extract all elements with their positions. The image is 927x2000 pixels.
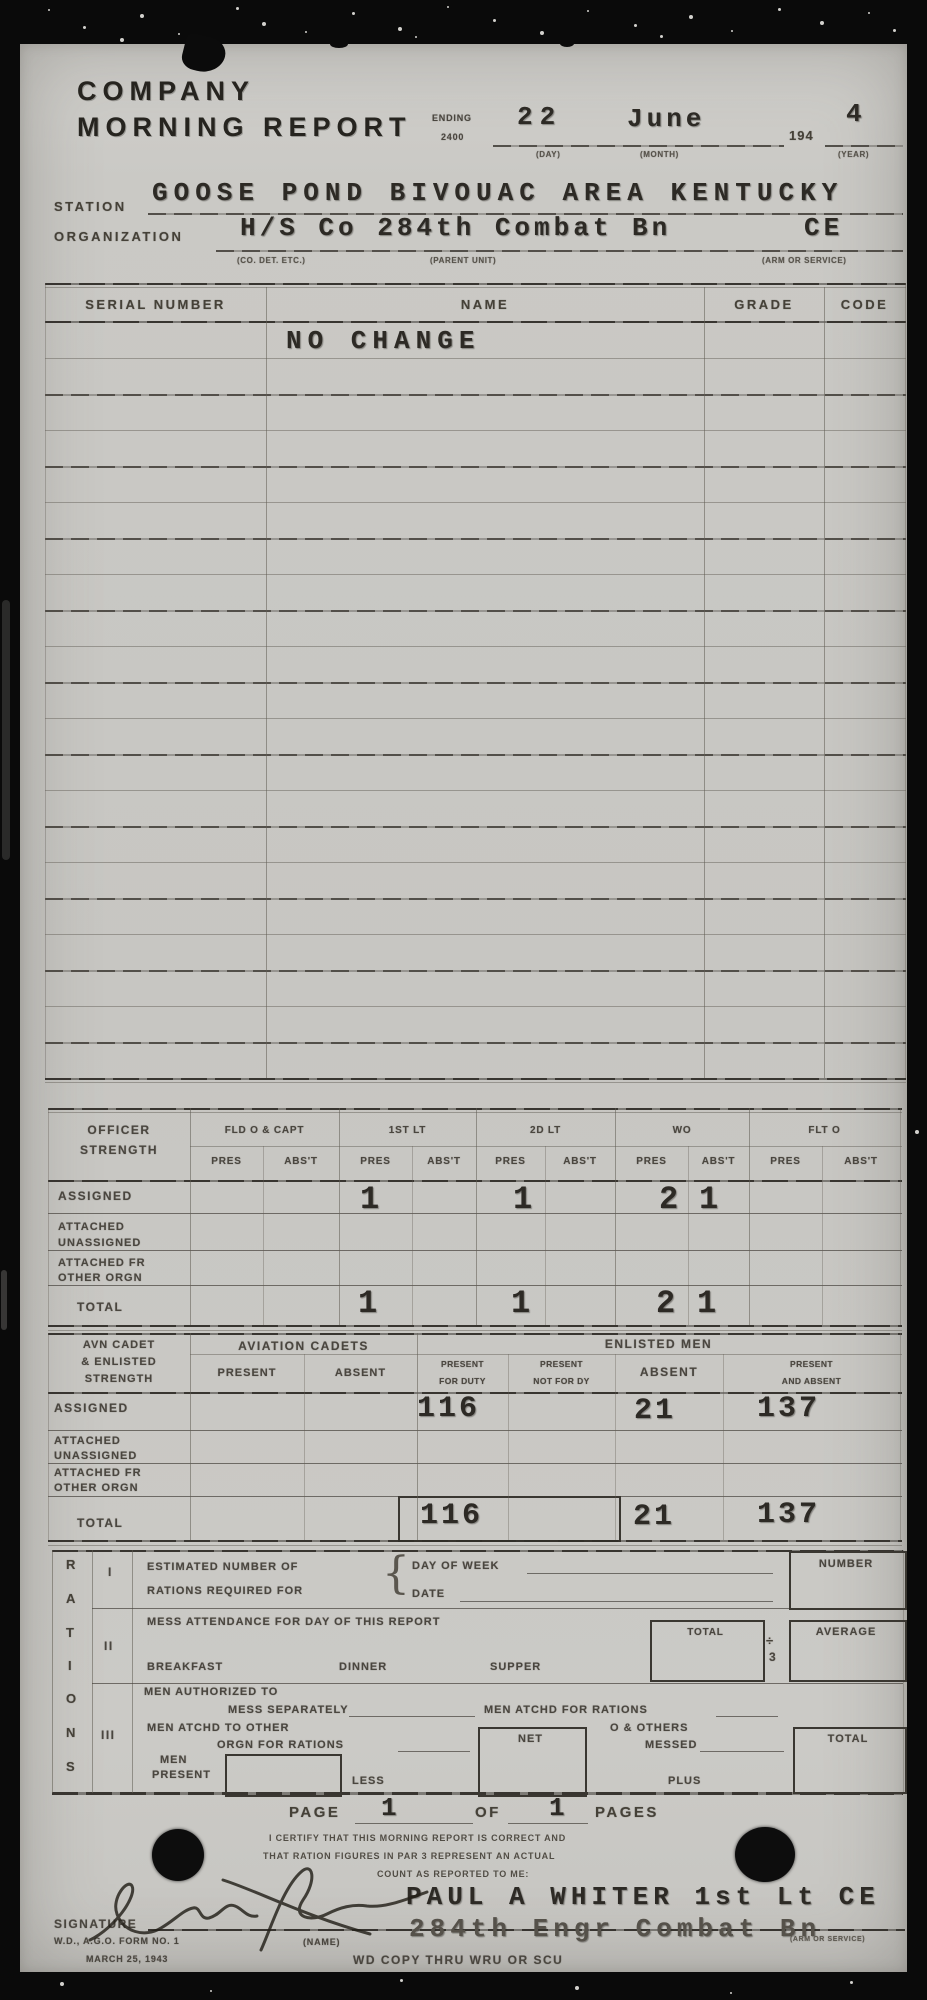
roster-rule-line: [45, 790, 906, 791]
of-label: OF: [475, 1805, 501, 1820]
scan-noise-speck: [915, 1130, 919, 1134]
officer-group-fldo: FLD O & CAPT: [190, 1126, 339, 1136]
enlisted-subdivider: [723, 1354, 724, 1540]
roster-rule-line: [45, 574, 906, 575]
scan-noise-speck: [60, 1982, 64, 1986]
rations-total-label-ii: TOTAL: [650, 1628, 761, 1638]
officer-sub-abst: ABS'T: [688, 1157, 749, 1167]
scan-noise-speck: [893, 29, 896, 32]
rations-breakfast-label: BREAKFAST: [147, 1662, 223, 1673]
pages-label: PAGES: [595, 1805, 659, 1820]
scan-noise-speck: [83, 26, 86, 29]
roster-rule-line: [45, 430, 906, 431]
officer-top-rule2: [48, 1112, 902, 1113]
scan-noise-speck: [540, 31, 544, 35]
officer-assigned-2dlt-pres: 1: [513, 1184, 532, 1216]
officer-subdivider: [412, 1146, 413, 1325]
enlisted-bottom-rule: [48, 1540, 902, 1542]
officer-divider: [190, 1108, 191, 1325]
officer-assigned-wo-pres: 2: [659, 1184, 678, 1216]
page-rule: [355, 1823, 473, 1824]
officer-row-attached-fr: ATTACHED FR: [58, 1258, 146, 1269]
enlisted-row-attached-unassigned2: UNASSIGNED: [54, 1451, 137, 1462]
certify-line1: I CERTIFY THAT THIS MORNING REPORT IS CO…: [269, 1834, 566, 1843]
officer-subdivider: [545, 1146, 546, 1325]
officer-row-attached-unassigned: ATTACHED: [58, 1222, 125, 1233]
enlisted-row-attached-fr: ATTACHED FR: [54, 1468, 142, 1479]
form-title-line1: COMPANY: [77, 78, 255, 105]
roster-header-rule: [45, 321, 906, 323]
rations-men-authorized-label: MEN AUTHORIZED TO: [144, 1687, 278, 1698]
rations-men-atchd-rations-label: MEN ATCHD FOR RATIONS: [484, 1705, 648, 1716]
rations-top-rule: [52, 1550, 903, 1552]
enlisted-top-rule: [48, 1333, 902, 1335]
officer-top-rule: [48, 1108, 902, 1110]
officer-sub-abst: ABS'T: [545, 1157, 615, 1167]
scan-noise-speck: [178, 33, 180, 35]
roster-rule-line: [45, 862, 906, 863]
rations-plus-label: PLUS: [668, 1776, 701, 1787]
officer-label-2: STRENGTH: [48, 1144, 190, 1156]
enlisted-col-pfd-1: PRESENT: [417, 1360, 508, 1369]
enlisted-group-rule: [190, 1354, 902, 1355]
enlisted-assigned-pa: 137: [757, 1394, 820, 1424]
rations-vertical-i: I: [68, 1659, 74, 1672]
roster-rule-line: [45, 502, 906, 503]
grade-caption: (ARM OR SERVICE): [790, 1936, 865, 1943]
enlisted-label-1: AVN CADET: [48, 1340, 190, 1351]
page-label: PAGE: [289, 1805, 340, 1820]
organization-rule: [216, 250, 903, 252]
officer-divider: [476, 1108, 477, 1325]
station-label: STATION: [54, 200, 127, 213]
roster-rule-line: [45, 538, 906, 540]
enlisted-col-pa-1: PRESENT: [723, 1360, 900, 1369]
enlisted-row-attached-fr2: OTHER ORGN: [54, 1483, 139, 1494]
scan-noise-speck: [400, 1979, 403, 1982]
roster-rule-line: [45, 646, 906, 647]
rations-men-atchd-other-label: MEN ATCHD TO OTHER: [147, 1723, 289, 1734]
rations-less-label: LESS: [352, 1776, 385, 1787]
co-det-caption: (CO. DET. ETC.): [237, 257, 306, 265]
roster-rule-line: [45, 610, 906, 612]
rations-dinner-label: DINNER: [339, 1662, 387, 1673]
rations-blank-rule: [349, 1716, 475, 1717]
officer-total-wo-pres: 2: [656, 1288, 675, 1320]
day-value: 22: [517, 104, 562, 130]
scan-noise-speck: [305, 31, 307, 33]
roster-border: [905, 283, 906, 1078]
rations-blank-rule: [700, 1751, 784, 1752]
rations-men-label: MEN: [160, 1755, 187, 1766]
roster-rule-line: [45, 1006, 906, 1007]
roster-col-grade: GRADE: [704, 298, 824, 311]
rations-row2-num: II: [104, 1640, 114, 1652]
enlisted-col-pnfd-2: NOT FOR DY: [508, 1377, 615, 1386]
enlisted-total-absent: 21: [633, 1502, 675, 1532]
roster-bottom-rule: [45, 1078, 906, 1080]
enlisted-divider: [190, 1333, 191, 1540]
rations-blank-rule: [716, 1716, 778, 1717]
roster-divider: [704, 287, 705, 1078]
scan-noise-speck: [398, 27, 402, 31]
enlisted-subdivider: [615, 1354, 616, 1540]
enlisted-label-3: STRENGTH: [48, 1374, 190, 1385]
roster-top-rule: [45, 283, 906, 285]
ending-time-label: 2400: [441, 133, 464, 142]
roster-entry-no-change: NO CHANGE: [286, 328, 480, 354]
form-title-line2: MORNING REPORT: [77, 114, 412, 141]
year-printed: 194: [789, 129, 814, 142]
pages-rule: [508, 1823, 588, 1824]
rations-vertical-s: S: [66, 1760, 77, 1773]
rations-net-label: NET: [478, 1734, 583, 1745]
officer-sub-abst: ABS'T: [822, 1157, 900, 1167]
scan-noise-speck: [120, 38, 124, 42]
rations-required-label: RATIONS REQUIRED FOR: [147, 1586, 303, 1597]
enlisted-col-abs: ABSENT: [615, 1366, 723, 1378]
roster-rule-line: [45, 394, 906, 396]
officer-group-2dlt: 2D LT: [476, 1126, 615, 1136]
enlisted-row-total: TOTAL: [77, 1517, 123, 1529]
rations-vertical-t: T: [66, 1626, 76, 1639]
roster-rule-line: [45, 466, 906, 468]
date-rule: [493, 145, 784, 147]
rations-row3-num: III: [101, 1729, 116, 1741]
rations-o-others-label: O & OTHERS: [610, 1723, 688, 1734]
scan-noise-speck: [262, 22, 266, 26]
officer-border: [900, 1108, 901, 1325]
officer-row-attached-fr2: OTHER ORGN: [58, 1273, 143, 1284]
enlisted-subdivider: [304, 1354, 305, 1540]
parent-unit-caption: (PARENT UNIT): [430, 257, 496, 265]
rations-estimated-label: ESTIMATED NUMBER OF: [147, 1562, 298, 1573]
enlisted-col-absent: ABSENT: [304, 1368, 417, 1379]
ending-label: ENDING: [432, 114, 472, 123]
officer-divider: [339, 1108, 340, 1325]
month-caption: (MONTH): [640, 151, 679, 159]
scan-noise-speck: [778, 8, 781, 11]
scan-noise-speck: [587, 10, 589, 12]
enlisted-col-pnfd-1: PRESENT: [508, 1360, 615, 1369]
rations-divider: [92, 1550, 93, 1793]
officer-bottom-rule: [48, 1325, 902, 1327]
officer-subdivider: [263, 1146, 264, 1325]
rations-divider: [132, 1550, 133, 1793]
roster-rule-line: [45, 358, 906, 359]
officer-group-1stlt: 1ST LT: [339, 1126, 476, 1136]
roster-rule-line: [45, 1042, 906, 1044]
year-typed-value: 4: [846, 101, 867, 127]
roster-border: [45, 283, 46, 1078]
typed-unit-name: 284th Engr Combat Bn: [409, 1916, 821, 1942]
scan-noise-speck: [575, 1986, 579, 1990]
enlisted-col-pfd-2: FOR DUTY: [417, 1377, 508, 1386]
punch-hole: [735, 1827, 795, 1882]
scan-noise-speck: [140, 14, 144, 18]
officer-total-1stlt-pres: 1: [358, 1288, 377, 1320]
officer-assigned-1stlt-pres: 1: [360, 1184, 379, 1216]
enlisted-border: [48, 1333, 49, 1540]
scan-noise-speck: [48, 9, 50, 11]
scan-noise-speck: [730, 1992, 732, 1994]
rations-blank-rule: [398, 1751, 470, 1752]
officer-group-rule: [190, 1146, 902, 1147]
rations-row1-num: I: [108, 1566, 113, 1578]
officer-sub-pres: PRES: [749, 1157, 822, 1167]
officer-divider: [749, 1108, 750, 1325]
officer-row-rule: [48, 1213, 902, 1214]
rations-mess-attendance-label: MESS ATTENDANCE FOR DAY OF THIS REPORT: [147, 1617, 440, 1628]
rations-present-label: PRESENT: [152, 1770, 211, 1781]
officer-row-rule: [48, 1285, 902, 1286]
enlisted-col-present: PRESENT: [190, 1368, 304, 1379]
enlisted-assigned-absent: 21: [634, 1396, 676, 1426]
enlisted-group-cadets: AVIATION CADETS: [190, 1340, 417, 1352]
rations-total-label-iii: TOTAL: [793, 1734, 903, 1745]
officer-group-flto: FLT O: [749, 1126, 900, 1136]
officer-sub-pres: PRES: [339, 1157, 412, 1167]
rations-vertical-o: O: [66, 1692, 79, 1705]
roster-top-rule2: [45, 287, 906, 288]
roster-divider: [824, 287, 825, 1078]
scan-noise-speck: [493, 19, 496, 22]
scan-noise-speck: [820, 21, 824, 25]
scan-noise-speck: [660, 35, 663, 38]
officer-border: [48, 1108, 49, 1325]
roster-rule-line: [45, 934, 906, 935]
typed-officer-name: PAUL A WHITER 1st Lt CE: [406, 1884, 880, 1910]
page-value: 1: [381, 1795, 402, 1821]
roster-bottom-rule2: [45, 1082, 906, 1083]
rations-brace: {: [382, 1552, 410, 1596]
enlisted-label-2: & ENLISTED: [48, 1357, 190, 1368]
rations-day-of-week-label: DAY OF WEEK: [412, 1561, 499, 1572]
enlisted-row-rule: [48, 1430, 902, 1431]
rations-average-label: AVERAGE: [789, 1627, 903, 1638]
rations-day-rule: [527, 1573, 773, 1574]
rations-divide-three: 3: [769, 1651, 777, 1663]
officer-sub-pres: PRES: [615, 1157, 688, 1167]
enlisted-total-pfd: 116: [420, 1501, 483, 1531]
officer-row-attached-unassigned2: UNASSIGNED: [58, 1238, 141, 1249]
scan-noise-speck: [352, 12, 355, 15]
officer-sub-pres: PRES: [476, 1157, 545, 1167]
scan-tear-mark: [330, 40, 348, 48]
officer-total-wo-abst: 1: [697, 1288, 716, 1320]
officer-row-total: TOTAL: [77, 1301, 123, 1313]
scan-noise-speck: [731, 30, 733, 32]
scan-noise-speck: [634, 24, 637, 27]
enlisted-row-rule: [48, 1463, 902, 1464]
officer-bottom-rule2: [48, 1330, 902, 1331]
rations-vertical-r: R: [66, 1558, 78, 1571]
roster-col-serial: SERIAL NUMBER: [45, 298, 266, 311]
scanned-morning-report: COMPANY MORNING REPORT ENDING 2400 22 Ju…: [0, 0, 927, 2000]
rations-date-rule: [460, 1601, 773, 1602]
officer-label-1: OFFICER: [48, 1124, 190, 1136]
enlisted-border: [900, 1333, 901, 1540]
scan-noise-speck: [415, 36, 417, 38]
rations-row-rule: [92, 1683, 903, 1684]
scan-streak: [1, 1270, 7, 1330]
enlisted-group-enlisted: ENLISTED MEN: [417, 1338, 900, 1350]
officer-sub-abst: ABS'T: [412, 1157, 476, 1167]
enlisted-bottom-rule2: [48, 1545, 902, 1546]
enlisted-assigned-pfd: 116: [417, 1394, 480, 1424]
roster-rule-line: [45, 754, 906, 756]
roster-col-name: NAME: [266, 298, 704, 311]
enlisted-divider: [417, 1333, 418, 1540]
officer-divider: [615, 1108, 616, 1325]
roster-col-code: CODE: [824, 298, 905, 311]
signature-handwriting: [75, 1858, 465, 1968]
scan-noise-speck: [210, 1990, 212, 1992]
rations-divide-sign: ÷: [766, 1634, 776, 1647]
scan-noise-speck: [689, 15, 693, 19]
officer-sub-pres: PRES: [190, 1157, 263, 1167]
enlisted-row-assigned: ASSIGNED: [54, 1402, 129, 1414]
organization-value: H/S Co 284th Combat Bn: [240, 215, 671, 241]
arm-service-value: CE: [804, 215, 843, 241]
organization-label: ORGANIZATION: [54, 230, 183, 243]
rations-vertical-a: A: [66, 1592, 78, 1605]
station-value: GOOSE POND BIVOUAC AREA KENTUCKY: [152, 180, 843, 206]
officer-subdivider: [822, 1146, 823, 1325]
rations-supper-label: SUPPER: [490, 1662, 541, 1673]
roster-rule-line: [45, 682, 906, 684]
enlisted-col-pa-2: AND ABSENT: [723, 1377, 900, 1386]
roster-rule-line: [45, 718, 906, 719]
scan-streak: [2, 600, 10, 860]
roster-divider: [266, 287, 267, 1078]
scan-noise-speck: [236, 7, 239, 10]
officer-row-rule: [48, 1250, 902, 1251]
scan-noise-speck: [447, 6, 449, 8]
pages-value: 1: [549, 1795, 570, 1821]
enlisted-subdivider: [508, 1354, 509, 1540]
officer-subheader-rule: [48, 1180, 902, 1182]
rations-border: [52, 1550, 53, 1793]
officer-total-2dlt-pres: 1: [511, 1288, 530, 1320]
scan-tear-mark: [560, 40, 574, 47]
rations-mess-separately-label: MESS SEPARATELY: [228, 1705, 349, 1716]
scan-noise-speck: [850, 1981, 853, 1984]
rations-vertical-n: N: [66, 1726, 78, 1739]
day-caption: (DAY): [536, 151, 560, 159]
rations-men-present-box: [225, 1754, 342, 1797]
rations-number-label: NUMBER: [789, 1559, 903, 1570]
enlisted-total-pa: 137: [757, 1500, 820, 1530]
year-rule: [825, 145, 903, 147]
roster-rule-line: [45, 898, 906, 900]
scan-noise-speck: [868, 12, 870, 14]
rations-messed-label: MESSED: [645, 1740, 697, 1751]
year-caption: (YEAR): [838, 151, 869, 159]
enlisted-row-attached-unassigned: ATTACHED: [54, 1436, 121, 1447]
roster-rule-line: [45, 970, 906, 972]
rations-row-rule: [92, 1608, 903, 1609]
arm-service-caption: (ARM OR SERVICE): [762, 257, 847, 265]
rations-orgn-for-rations-label: ORGN FOR RATIONS: [217, 1740, 344, 1751]
officer-group-wo: WO: [615, 1126, 749, 1136]
officer-row-assigned: ASSIGNED: [58, 1190, 133, 1202]
roster-rule-line: [45, 826, 906, 828]
rations-date-label: DATE: [412, 1589, 445, 1600]
officer-subdivider: [688, 1146, 689, 1325]
month-value: June: [627, 106, 705, 132]
officer-sub-abst: ABS'T: [263, 1157, 339, 1167]
officer-assigned-wo-abst: 1: [699, 1184, 718, 1216]
